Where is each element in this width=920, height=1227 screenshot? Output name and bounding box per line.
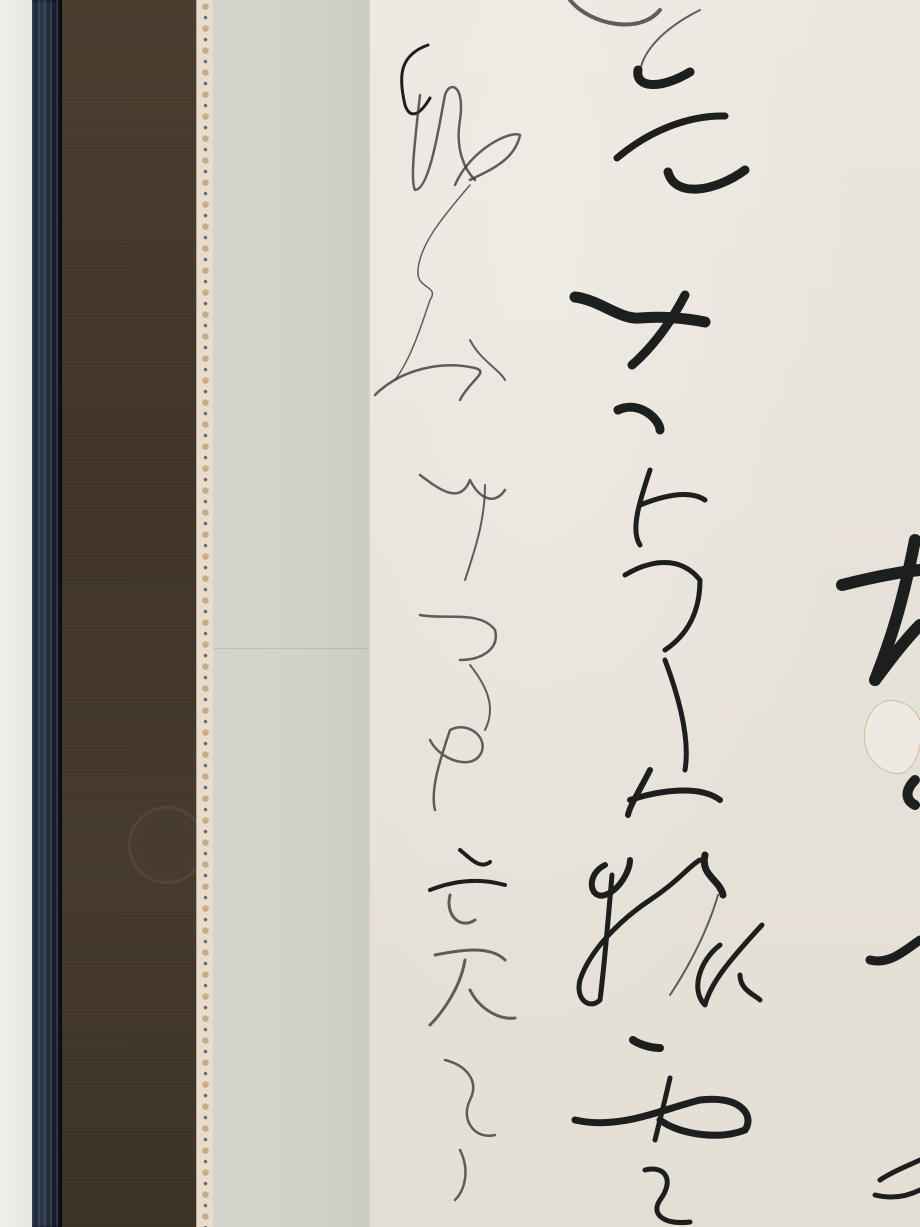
inner-mounting-border	[213, 0, 368, 1227]
mounting-seam	[213, 648, 368, 649]
wall-background	[0, 0, 32, 1227]
calligraphy-paper	[368, 0, 920, 1227]
faint-crest-mark	[128, 806, 206, 884]
brown-silk-border	[62, 0, 196, 1227]
lacquered-frame-rod	[32, 0, 62, 1227]
